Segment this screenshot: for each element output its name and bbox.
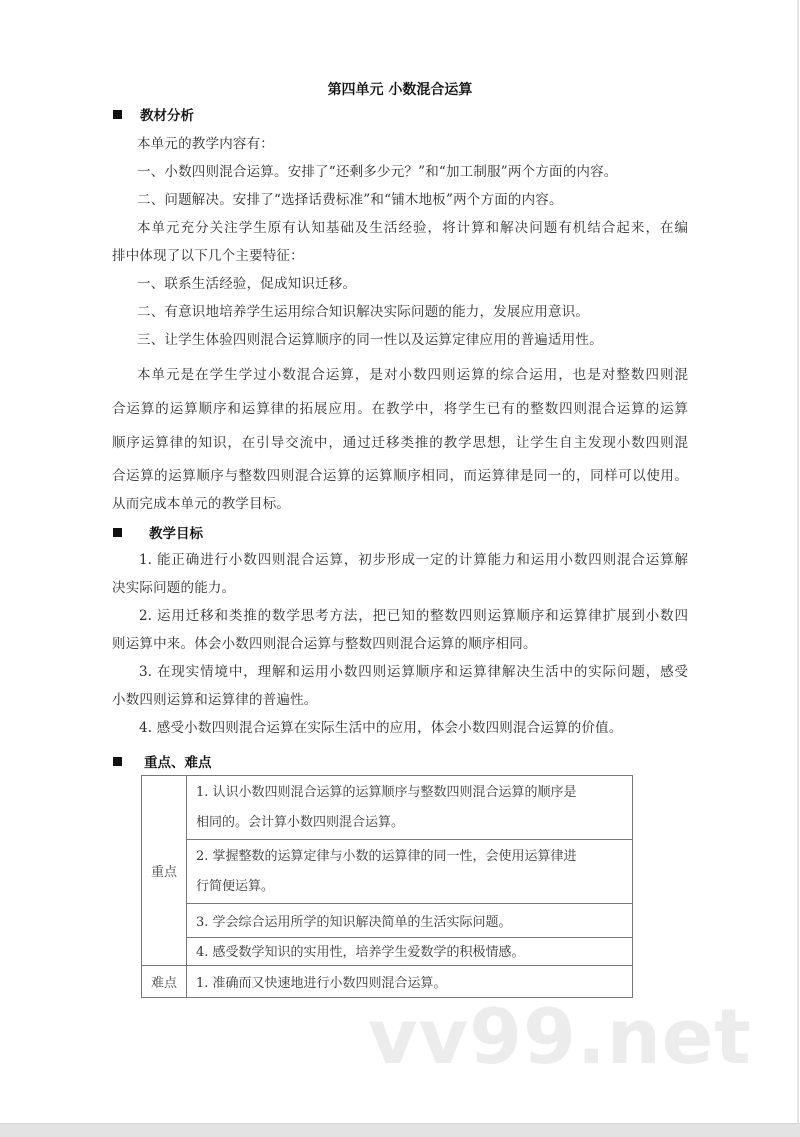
objective-item: 小数四则运算和运算律的普遍性。 [112,688,318,708]
objective-item: 4. 感受小数四则混合运算在实际生活中的应用，体会小数四则混合运算的价值。 [139,716,623,736]
page-edge [797,0,799,1123]
page-title: 第四单元 小数混合运算 [0,79,800,99]
table-row: 3. 学会综合运用所学的知识解决简单的生活实际问题。 [142,904,633,938]
objective-item: 决实际问题的能力。 [112,576,235,596]
paragraph: 本单元是在学生学过小数混合运算，是对小数四则运算的综合运用，也是对整数四则混 [137,363,688,383]
document-page: 第四单元 小数混合运算 教材分析 本单元的教学内容有： 一、小数四则混合运算。安… [0,0,800,1137]
paragraph: 本单元充分关注学生原有认知基础及生活经验，将计算和解决问题有机结合起来，在编 [137,216,688,236]
paragraph: 合运算的运算顺序和运算律的拓展应用。在教学中，将学生已有的整数四则混合运算的运算 [112,397,688,417]
cell-line: 行简便运算。 [196,872,632,902]
cell-line: 1. 认识小数四则混合运算的运算顺序与整数四则混合运算的顺序是 [196,778,632,808]
objective-item: 则运算中来。体会小数四则混合运算与整数四则混合运算的顺序相同。 [112,632,537,652]
paragraph: 顺序运算律的知识，在引导交流中，通过迁移类推的教学思想，让学生自主发现小数四则混 [112,431,688,451]
section-heading-label: 教材分析 [140,104,194,124]
paragraph: 从而完成本单元的教学目标。 [112,492,290,512]
section-heading-label: 教学目标 [149,522,203,542]
square-bullet-icon [113,110,122,119]
objective-item: 1. 能正确进行小数四则混合运算，初步形成一定的计算能力和运用小数四则混合运算解 [139,548,688,568]
difficulty-label: 难点 [142,966,187,998]
square-bullet-icon [113,528,122,537]
cell-line: 相同的。会计算小数四则混合运算。 [196,808,632,838]
table-row: 2. 掌握整数的运算定律与小数的运算律的同一性，会使用运算律进 行简便运算。 [142,840,633,904]
paragraph: 合运算的运算顺序与整数四则混合运算的运算顺序相同，而运算律是同一的，同样可以使用… [112,464,688,484]
page-bottom-strip [0,1123,800,1137]
section-heading-objectives: 教学目标 [113,522,203,542]
key-points-label: 重点 [142,776,187,966]
square-bullet-icon [113,757,122,766]
cell-line: 2. 掌握整数的运算定律与小数的运算律的同一性，会使用运算律进 [196,842,632,872]
paragraph: 二、有意识地培养学生运用综合知识解决实际问题的能力，发展应用意识。 [137,300,589,320]
objective-item: 3. 在现实情境中，理解和运用小数四则运算顺序和运算律解决生活中的实际问题，感受 [139,660,688,680]
table-row: 重点 1. 认识小数四则混合运算的运算顺序与整数四则混合运算的顺序是 相同的。会… [142,776,633,840]
table-cell: 3. 学会综合运用所学的知识解决简单的生活实际问题。 [187,904,633,938]
paragraph: 一、小数四则混合运算。安排了“还剩多少元？”和“加工制服”两个方面的内容。 [137,160,618,180]
watermark-text: vv99.net [368,992,752,1081]
paragraph: 排中体现了以下几个主要特征： [112,244,304,264]
table-cell: 2. 掌握整数的运算定律与小数的运算律的同一性，会使用运算律进 行简便运算。 [187,840,633,904]
objective-item: 2. 运用迁移和类推的数学思考方法，把已知的整数四则运算顺序和运算律扩展到小数四 [139,604,688,624]
paragraph: 三、让学生体验四则混合运算顺序的同一性以及运算定律应用的普遍适用性。 [137,328,603,348]
paragraph: 一、联系生活经验，促成知识迁移。 [137,272,356,292]
table-cell: 4. 感受数学知识的实用性，培养学生爱数学的积极情感。 [187,938,633,966]
table-row: 4. 感受数学知识的实用性，培养学生爱数学的积极情感。 [142,938,633,966]
section-heading-label: 重点、难点 [144,751,212,771]
section-heading-keypoints: 重点、难点 [113,751,212,771]
paragraph: 二、问题解决。安排了“选择话费标准”和“铺木地板”两个方面的内容。 [137,188,563,208]
paragraph: 本单元的教学内容有： [137,132,274,152]
section-heading-analysis: 教材分析 [113,104,194,124]
keypoints-table: 重点 1. 认识小数四则混合运算的运算顺序与整数四则混合运算的顺序是 相同的。会… [141,775,633,998]
table-cell: 1. 认识小数四则混合运算的运算顺序与整数四则混合运算的顺序是 相同的。会计算小… [187,776,633,840]
